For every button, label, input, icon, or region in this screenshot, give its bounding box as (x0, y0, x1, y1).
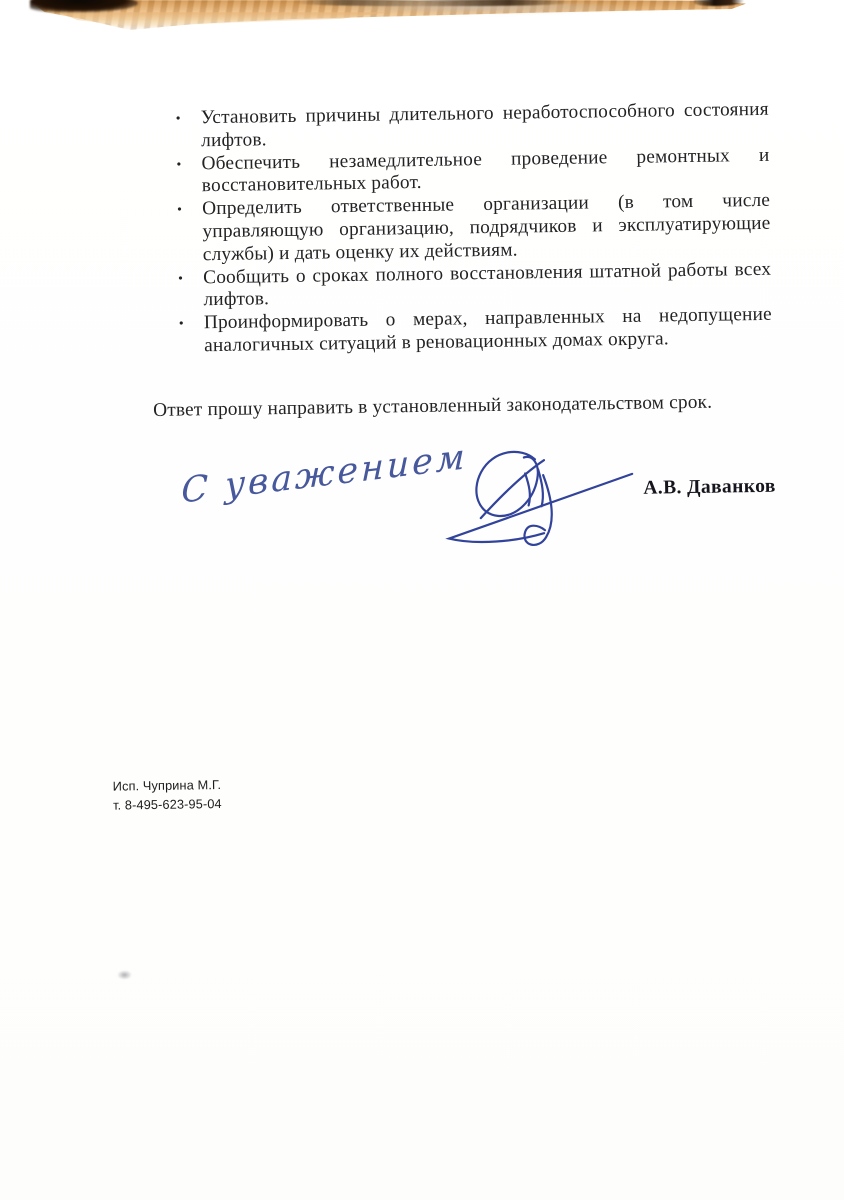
executor-block: Исп. Чуприна М.Г. т. 8-495-623-95-04 (113, 776, 222, 815)
bullet-icon: · (175, 107, 201, 130)
closing-line: Ответ прошу направить в установленный за… (153, 390, 803, 422)
list-item-text: Определить ответственные организации (в … (202, 190, 771, 267)
list-item: · Определить ответственные организации (… (176, 190, 771, 267)
signer-name: А.В. Даванков (643, 476, 776, 500)
signature (423, 432, 655, 575)
bullet-icon: · (177, 267, 203, 290)
bullet-list: · Установить причины длительного неработ… (175, 99, 773, 359)
executor-note: Исп. Чуприна М.Г. (113, 776, 222, 796)
list-item: · Проинформировать о мерах, направленных… (178, 304, 773, 358)
bullet-icon: · (175, 153, 201, 176)
letter-body: · Установить причины длительного неработ… (0, 0, 844, 1200)
scan-speck (117, 970, 131, 979)
scanned-letter-page: · Установить причины длительного неработ… (0, 0, 844, 1200)
executor-phone: т. 8-495-623-95-04 (113, 794, 222, 814)
bullet-icon: · (176, 198, 202, 221)
list-item-text: Проинформировать о мерах, направленных н… (204, 304, 773, 358)
bullet-icon: · (178, 312, 204, 335)
